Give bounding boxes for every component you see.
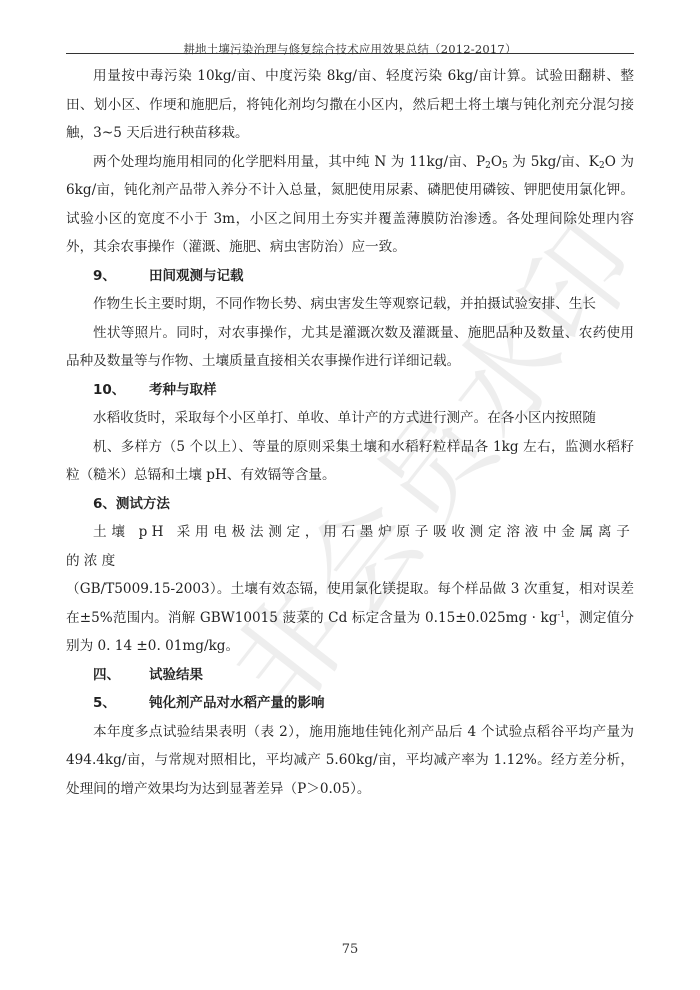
section-heading-6: 6、 测试方法	[66, 490, 634, 519]
heading-title: 钝化剂产品对水稻产量的影响	[149, 689, 325, 718]
running-header-title: 耕地土壤污染治理与修复综合技术应用效果总结（2012-2017）	[0, 41, 700, 57]
heading-title: 考种与取样	[149, 376, 217, 405]
text-run: 为 5kg/亩、K	[508, 154, 599, 170]
text-run: 两个处理均施用相同的化学肥料用量，其中纯 N 为 11kg/亩、P	[93, 154, 485, 170]
paragraph-sampling-1: 水稻收货时，采取每个小区单打、单收、单计产的方式进行测产。在各小区内按照随	[66, 404, 634, 433]
heading-number: 四、	[93, 661, 149, 690]
page-content: 用量按中毒污染 10kg/亩、中度污染 8kg/亩、轻度污染 6kg/亩计算。试…	[66, 62, 634, 803]
paragraph-method-line1: 土壤 pH 采用电极法测定，用石墨炉原子吸收测定溶液中金属离子的浓度	[66, 518, 634, 575]
paragraph-results: 本年度多点试验结果表明（表 2），施用施地佳钝化剂产品后 4 个试验点稻谷平均产…	[66, 718, 634, 804]
paragraph-sampling-2: 机、多样方（5 个以上）、等量的原则采集土壤和水稻籽粒样品各 1kg 左右，监测…	[66, 433, 634, 490]
heading-title: 试验结果	[149, 661, 203, 690]
section-heading-5: 5、 钝化剂产品对水稻产量的影响	[66, 689, 634, 718]
heading-title: 测试方法	[116, 490, 170, 519]
heading-title: 田间观测与记载	[149, 262, 244, 291]
heading-number: 5、	[93, 689, 149, 718]
paragraph-dosage: 用量按中毒污染 10kg/亩、中度污染 8kg/亩、轻度污染 6kg/亩计算。试…	[66, 62, 634, 148]
heading-number: 10、	[93, 376, 149, 405]
text-run: O	[491, 154, 502, 170]
paragraph-observation-1: 作物生长主要时期，不同作物长势、病虫害发生等观察记载，并拍摄试验安排、生长	[66, 290, 634, 319]
text-run: （GB/T5009.15-2003）。土壤有效态镉，使用氯化镁提取。每个样品做 …	[66, 581, 634, 626]
section-heading-10: 10、 考种与取样	[66, 376, 634, 405]
section-heading-4: 四、 试验结果	[66, 661, 634, 690]
section-heading-9: 9、 田间观测与记载	[66, 262, 634, 291]
paragraph-fertilizer: 两个处理均施用相同的化学肥料用量，其中纯 N 为 11kg/亩、P2O5 为 5…	[66, 148, 634, 262]
heading-number: 9、	[93, 262, 149, 291]
paragraph-observation-2: 性状等照片。同时，对农事操作，尤其是灌溉次数及灌溉量、施肥品种及数量、农药使用品…	[66, 319, 634, 376]
header-rule	[66, 53, 634, 54]
heading-number: 6、	[93, 490, 116, 519]
page-number: 75	[0, 942, 700, 957]
paragraph-method-rest: （GB/T5009.15-2003）。土壤有效态镉，使用氯化镁提取。每个样品做 …	[66, 575, 634, 661]
